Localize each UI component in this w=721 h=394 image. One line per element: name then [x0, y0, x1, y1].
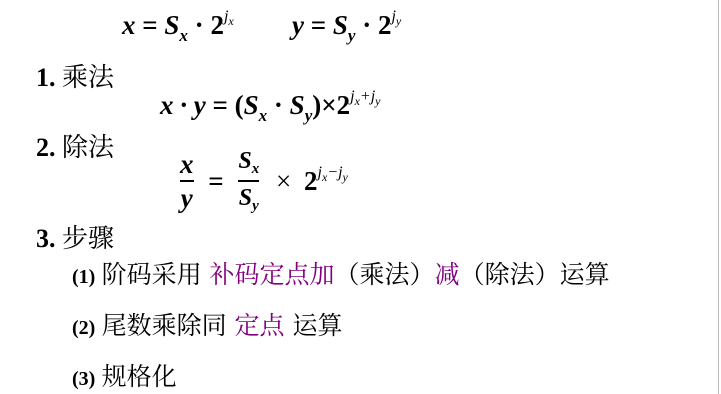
formula-x-definition: x = Sx · 2jx: [122, 10, 234, 41]
dot-operator: ·: [362, 10, 371, 40]
fraction-bar: [238, 180, 259, 182]
base-two: 2: [378, 10, 392, 40]
section-title: 乘法: [62, 63, 114, 93]
subscript: y: [348, 26, 356, 45]
formula-multiplication: x · y = (Sx · Sy)×2jx+jy: [160, 90, 381, 121]
minus-operator: −: [327, 164, 338, 181]
mantissa-sx: S: [244, 90, 259, 120]
equals-sign: =: [142, 10, 157, 40]
step-label: (3): [72, 368, 95, 390]
section-number: 3.: [36, 224, 56, 253]
step-label: (1): [72, 266, 95, 288]
highlight-text: 定点: [235, 311, 285, 340]
section-title: 步骤: [62, 224, 114, 254]
section-heading-division: 2. 除法: [36, 127, 114, 164]
step-text: （乘法）: [335, 260, 435, 289]
formula-y-definition: y = Sy · 2jy: [292, 10, 401, 41]
step-1: (1) 阶码采用 补码定点加（乘法）减（除法）运算: [72, 255, 610, 291]
equals-sign: =: [311, 10, 326, 40]
numerator: Sx: [238, 146, 259, 179]
subscript: y: [252, 198, 259, 214]
step-label: (2): [72, 317, 95, 339]
mantissa-s: S: [164, 10, 179, 40]
paren-open: (: [235, 90, 244, 120]
exp-sub: y: [396, 14, 401, 28]
fraction-x-over-y: x y: [180, 149, 194, 213]
step-text: 规格化: [102, 362, 177, 391]
step-text: （除法）运算: [460, 260, 610, 289]
section-heading-steps: 3. 步骤: [36, 218, 114, 255]
base-two: 2: [210, 10, 224, 40]
exp-sub: y: [375, 94, 380, 108]
power-term: 2jx−jy: [304, 166, 348, 196]
denominator: Sy: [238, 183, 259, 216]
exp-sub: x: [228, 14, 233, 28]
exponent: jy: [391, 8, 401, 25]
mantissa-sy: S: [239, 185, 252, 211]
dot-operator: ·: [195, 10, 204, 40]
subscript: x: [179, 26, 188, 45]
formula-division: x y = Sx Sy × 2jx−jy: [180, 146, 348, 216]
exponent: jx+jy: [350, 88, 380, 105]
numerator: x: [180, 149, 194, 179]
highlight-text: 减: [435, 260, 460, 289]
section-number: 1.: [36, 63, 56, 92]
fraction-bar: [180, 180, 194, 182]
exponent: jx: [224, 8, 234, 25]
step-3: (3) 规格化: [72, 357, 177, 393]
lhs: x · y: [160, 90, 206, 120]
fraction-sx-over-sy: Sx Sy: [238, 146, 259, 216]
equals-sign: =: [208, 166, 223, 196]
subscript: x: [259, 106, 268, 125]
exp-j: j: [338, 164, 342, 181]
var-x: x: [122, 10, 136, 40]
base-two: 2: [304, 166, 318, 196]
highlight-text: 补码定点加: [210, 260, 335, 289]
subscript: x: [252, 161, 260, 177]
plus-operator: +: [360, 88, 371, 105]
exp-sub: x: [355, 94, 360, 108]
step-text: 运算: [285, 311, 343, 340]
times-operator: ×: [276, 166, 291, 196]
exp-sub: y: [343, 170, 348, 184]
exponent: jx−jy: [317, 164, 347, 181]
exp-sub: x: [322, 170, 327, 184]
equals-sign: =: [212, 90, 227, 120]
times-operator: ×: [321, 90, 336, 120]
base-two: 2: [337, 90, 351, 120]
step-2: (2) 尾数乘除同 定点 运算: [72, 306, 343, 342]
exp-j: j: [350, 88, 354, 105]
step-text: 阶码采用: [102, 260, 210, 289]
subscript: y: [305, 106, 313, 125]
mantissa-s: S: [333, 10, 348, 40]
step-text: 尾数乘除同: [102, 311, 235, 340]
section-title: 除法: [62, 133, 114, 163]
var-y: y: [292, 10, 304, 40]
paren-close: ): [312, 90, 321, 120]
slide-right-border: [718, 0, 719, 394]
denominator: y: [180, 183, 194, 213]
dot-operator: ·: [274, 90, 283, 120]
mantissa-sx: S: [238, 148, 251, 174]
section-heading-multiplication: 1. 乘法: [36, 57, 114, 94]
mantissa-sy: S: [290, 90, 305, 120]
section-number: 2.: [36, 133, 56, 162]
